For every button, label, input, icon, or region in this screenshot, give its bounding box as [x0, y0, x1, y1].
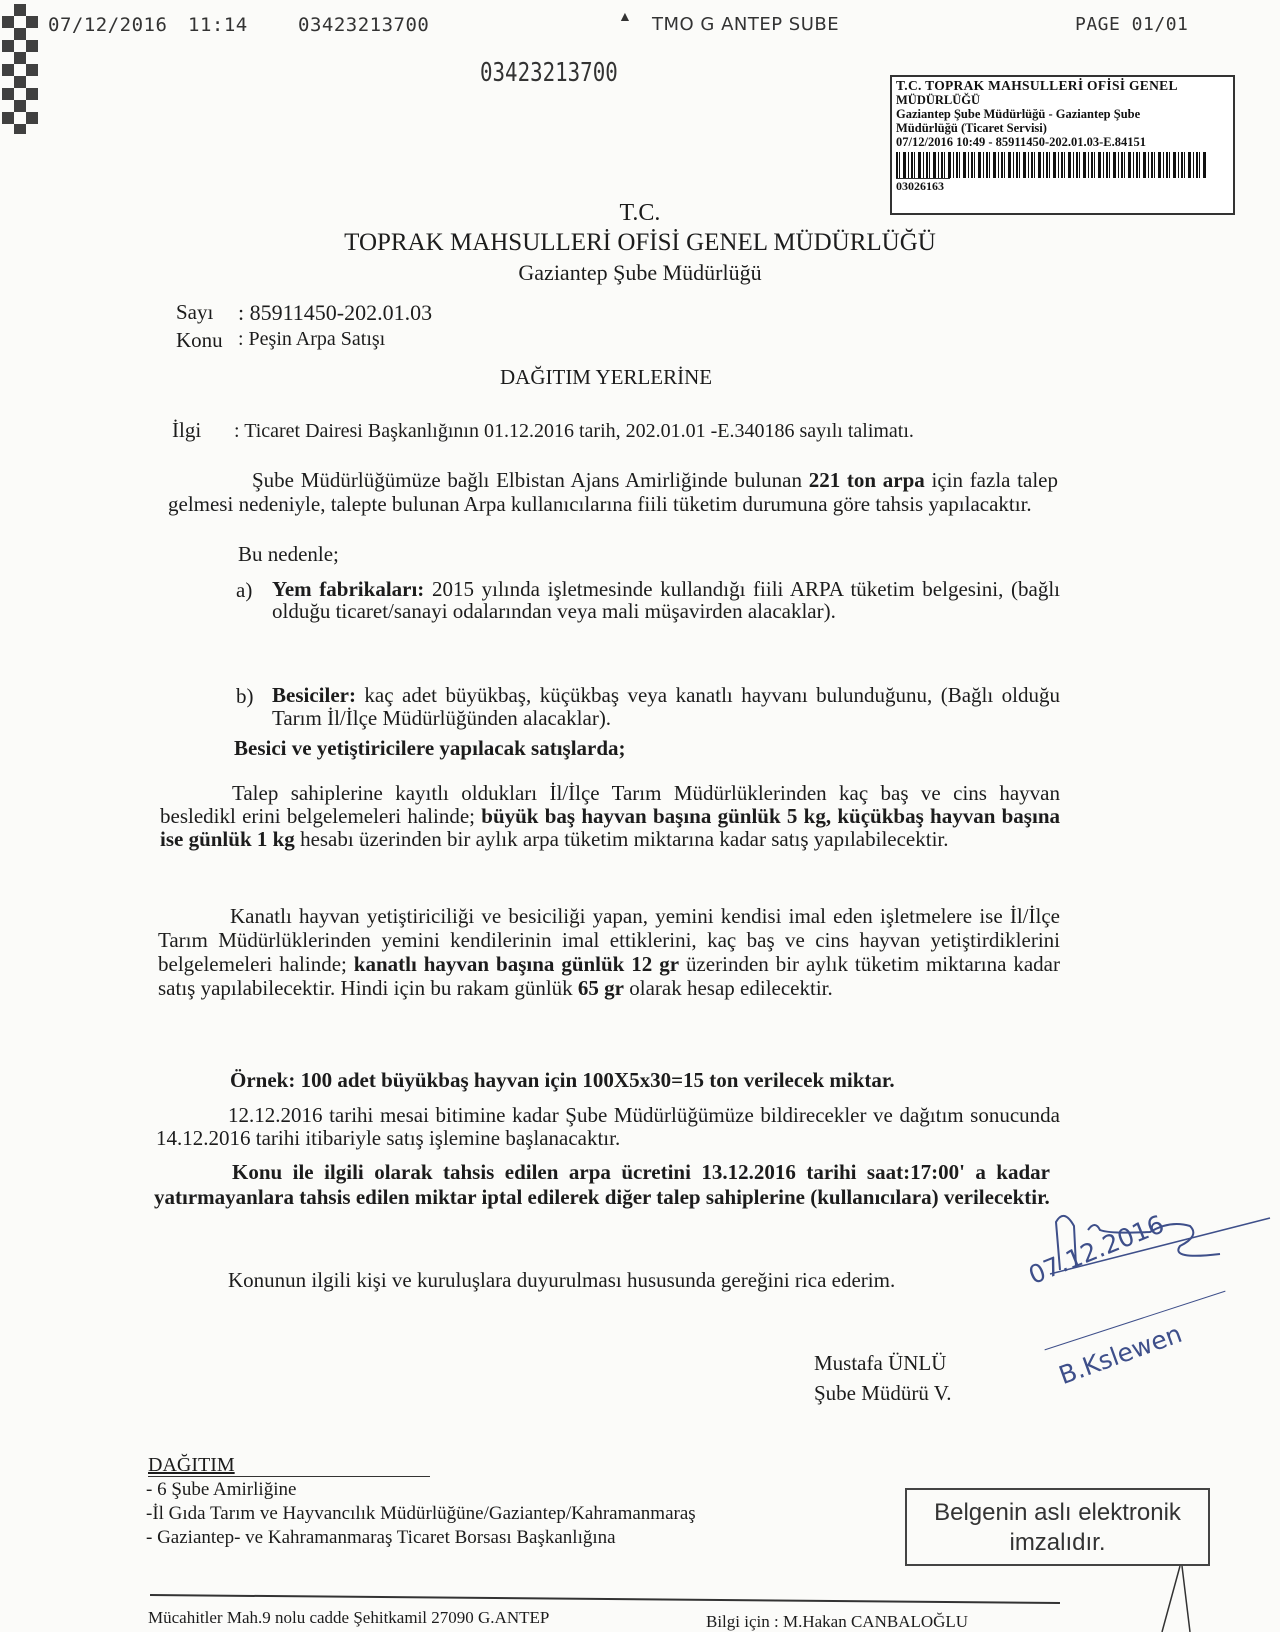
fax-checker-mark	[2, 4, 38, 134]
paragraph-3: Kanatlı hayvan yetiştiriciliği ve besici…	[158, 904, 1060, 1000]
fax-page: PAGE 01/01	[1075, 14, 1188, 35]
letterhead-tc: T.C.	[0, 198, 1280, 228]
paragraph-4: 12.12.2016 tarihi mesai bitimine kadar Ş…	[156, 1104, 1060, 1150]
sayi-value: : 85911450-202.01.03	[238, 300, 432, 326]
example-line: Örnek: 100 adet büyükbaş hayvan için 100…	[230, 1068, 895, 1092]
triangle-up-icon: ▲	[618, 10, 632, 26]
stamp-line1: T.C. TOPRAK MAHSULLERİ OFİSİ GENEL	[896, 79, 1229, 93]
closing-line: Konunun ilgili kişi ve kuruluşlara duyur…	[228, 1268, 895, 1292]
letterhead-org: TOPRAK MAHSULLERİ OFİSİ GENEL MÜDÜRLÜĞÜ	[0, 228, 1280, 258]
distribution-underline	[148, 1476, 430, 1477]
item-b: Besiciler: kaç adet büyükbaş, küçükbaş v…	[272, 684, 1060, 730]
item-a-marker: a)	[236, 578, 252, 602]
e-signature-note: Belgenin aslı elektronik imzalıdır.	[905, 1488, 1210, 1566]
letterhead-branch: Gaziantep Şube Müdürlüğü	[0, 258, 1280, 288]
stamp-line3: Gaziantep Şube Müdürlüğü - Gaziantep Şub…	[896, 107, 1229, 121]
recipient: DAĞITIM YERLERİNE	[500, 365, 712, 390]
stamp-line5: 07/12/2016 10:49 - 85911450-202.01.03-E.…	[896, 135, 1229, 149]
bu-nedenle: Bu nedenle;	[238, 542, 339, 566]
fax-sender: TMO G ANTEP SUBE	[652, 14, 839, 35]
footer-divider	[150, 1594, 1060, 1604]
paragraph-5: Konu ile ilgili olarak tahsis edilen arp…	[154, 1160, 1050, 1210]
footer-address: Mücahitler Mah.9 nolu cadde Şehitkamil 2…	[148, 1608, 549, 1628]
stamp-line2: MÜDÜRLÜĞÜ	[896, 93, 1229, 107]
fax-phone: 03423213700	[298, 14, 429, 36]
ilgi-label: İlgi	[172, 418, 201, 443]
handwritten-name: B.Kslewen	[1055, 1319, 1186, 1390]
fax-phone-secondary: 03423213700	[480, 58, 618, 88]
fax-time: 11:14	[188, 14, 248, 36]
stamp-line4: Müdürlüğü (Ticaret Servisi)	[896, 121, 1229, 135]
distribution-item: - Gaziantep- ve Kahramanmaraş Ticaret Bo…	[146, 1526, 616, 1549]
distribution-item: -İl Gıda Tarım ve Hayvancılık Müdürlüğün…	[146, 1502, 696, 1525]
paragraph-1: Şube Müdürlüğümüze bağlı Elbistan Ajans …	[168, 468, 1058, 516]
signatory-name: Mustafa ÜNLÜ	[814, 1348, 946, 1378]
ilgi-value: : Ticaret Dairesi Başkanlığının 01.12.20…	[234, 420, 914, 443]
stamp-code: 03026163	[896, 178, 950, 193]
distribution-item: - 6 Şube Amirliğine	[146, 1478, 296, 1501]
footer-info: Bilgi için : M.Hakan CANBALOĞLU	[706, 1612, 968, 1632]
item-a: Yem fabrikaları: 2015 yılında işletmesin…	[272, 578, 1060, 622]
konu-label: Konu	[176, 328, 223, 353]
pointer-lines	[1160, 1566, 1200, 1632]
besici-heading: Besici ve yetiştiricilere yapılacak satı…	[234, 736, 626, 760]
registry-stamp: T.C. TOPRAK MAHSULLERİ OFİSİ GENEL MÜDÜR…	[890, 75, 1235, 215]
paragraph-2: Talep sahiplerine kayıtlı oldukları İl/İ…	[160, 782, 1060, 851]
sayi-label: Sayı	[176, 300, 213, 325]
konu-value: : Peşin Arpa Satışı	[238, 328, 385, 351]
distribution-title: DAĞITIM	[148, 1454, 235, 1477]
item-b-marker: b)	[236, 684, 254, 708]
signatory-title: Şube Müdürü V.	[814, 1378, 952, 1408]
fax-date: 07/12/2016	[48, 14, 167, 36]
barcode	[896, 152, 1206, 178]
